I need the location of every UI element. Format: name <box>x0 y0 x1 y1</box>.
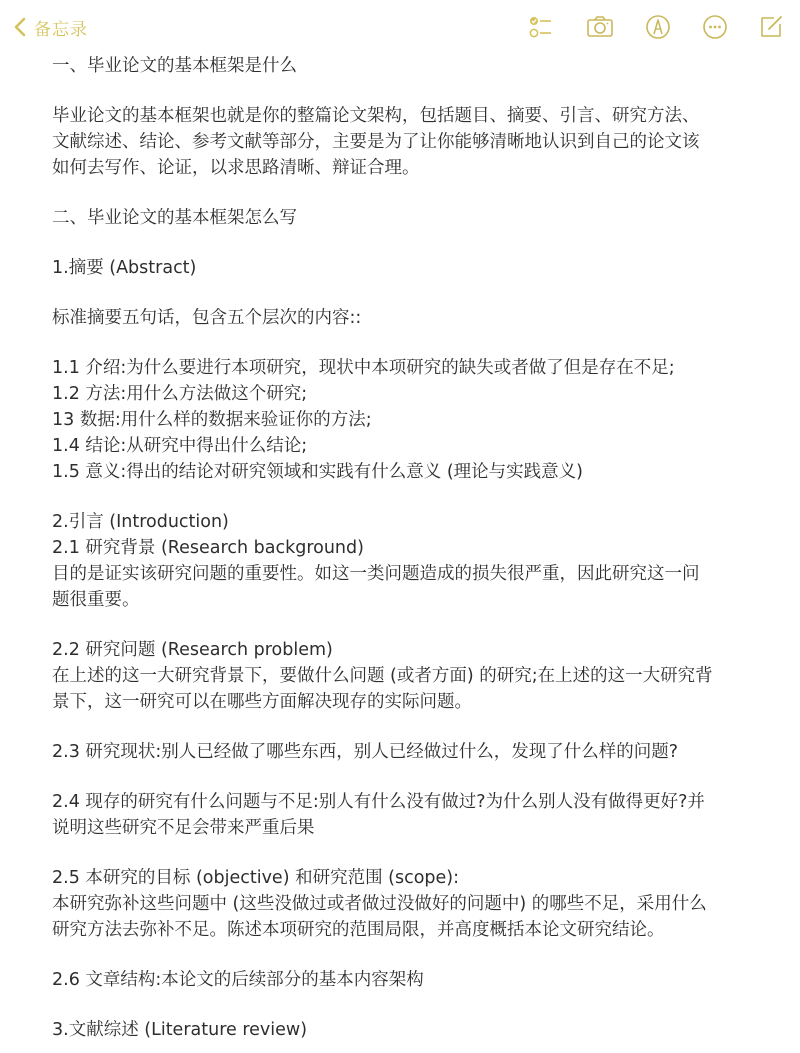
list-item: 1.5 意义:得出的结论对研究领域和实践有什么意义 (理论与实践意义) <box>52 459 772 485</box>
paragraph-line: 题很重要。 <box>52 587 772 613</box>
section-heading: 二、毕业论文的基本框架怎么写 <box>52 205 772 231</box>
paragraph-line: 目的是证实该研究问题的重要性。如这一类问题造成的损失很严重，因此研究这一问 <box>52 561 772 587</box>
paragraph-line: 在上述的这一大研究背景下，要做什么问题 (或者方面) 的研究;在上述的这一大研究… <box>52 663 772 689</box>
list-item: 1.1 介绍:为什么要进行本项研究，现状中本项研究的缺失或者做了但是存在不足; <box>52 355 772 381</box>
subsection-title: 3.文献综述 (Literature review) <box>52 1017 772 1043</box>
paragraph-line: 2.3 研究现状:别人已经做了哪些东西，别人已经做过什么，发现了什么样的问题? <box>52 739 772 765</box>
list-item: 1.4 结论:从研究中得出什么结论; <box>52 433 772 459</box>
paragraph-line: 说明这些研究不足会带来严重后果 <box>52 815 772 841</box>
back-button[interactable]: 备忘录 <box>12 12 88 42</box>
subsection-title: 1.摘要 (Abstract) <box>52 255 772 281</box>
more-icon <box>702 14 728 40</box>
chevron-left-icon <box>12 16 30 38</box>
checklist-icon <box>528 14 554 40</box>
markup-pen-icon <box>645 14 671 40</box>
checklist-button[interactable] <box>528 14 554 40</box>
paragraph-line: 2.4 现存的研究有什么问题与不足:别人有什么没有做过?为什么别人没有做得更好?… <box>52 789 772 815</box>
back-label: 备忘录 <box>34 15 88 40</box>
camera-button[interactable] <box>587 14 613 40</box>
notes-toolbar: 备忘录 <box>0 0 800 54</box>
note-body[interactable]: 一、毕业论文的基本框架是什么 毕业论文的基本框架也就是你的整篇论文架构，包括题目… <box>52 53 772 1043</box>
paragraph-line: 研究方法去弥补不足。陈述本项研究的范围局限，并高度概括本论文研究结论。 <box>52 917 772 943</box>
compose-icon <box>758 14 784 40</box>
paragraph-line: 本研究弥补这些问题中 (这些没做过或者做过没做好的问题中) 的哪些不足，采用什么 <box>52 891 772 917</box>
paragraph-line: 2.6 文章结构:本论文的后续部分的基本内容架构 <box>52 967 772 993</box>
subsection-title: 2.5 本研究的目标 (objective) 和研究范围 (scope): <box>52 865 772 891</box>
paragraph-line: 文献综述、结论、参考文献等部分，主要是为了让你能够清晰地认识到自己的论文该 <box>52 129 772 155</box>
list-item: 13 数据:用什么样的数据来验证你的方法; <box>52 407 772 433</box>
compose-button[interactable] <box>758 14 784 40</box>
subsection-title: 2.1 研究背景 (Research background) <box>52 535 772 561</box>
paragraph-line: 毕业论文的基本框架也就是你的整篇论文架构，包括题目、摘要、引言、研究方法、 <box>52 103 772 129</box>
markup-button[interactable] <box>645 14 671 40</box>
paragraph-line: 景下，这一研究可以在哪些方面解决现存的实际问题。 <box>52 689 772 715</box>
list-item: 1.2 方法:用什么方法做这个研究; <box>52 381 772 407</box>
subsection-title: 2.引言 (Introduction) <box>52 509 772 535</box>
paragraph-line: 如何去写作、论证，以求思路清晰、辩证合理。 <box>52 155 772 181</box>
more-button[interactable] <box>702 14 728 40</box>
subsection-title: 2.2 研究问题 (Research problem) <box>52 637 772 663</box>
section-heading: 一、毕业论文的基本框架是什么 <box>52 53 772 79</box>
camera-icon <box>586 14 614 40</box>
paragraph-line: 标准摘要五句话，包含五个层次的内容:: <box>52 305 772 331</box>
